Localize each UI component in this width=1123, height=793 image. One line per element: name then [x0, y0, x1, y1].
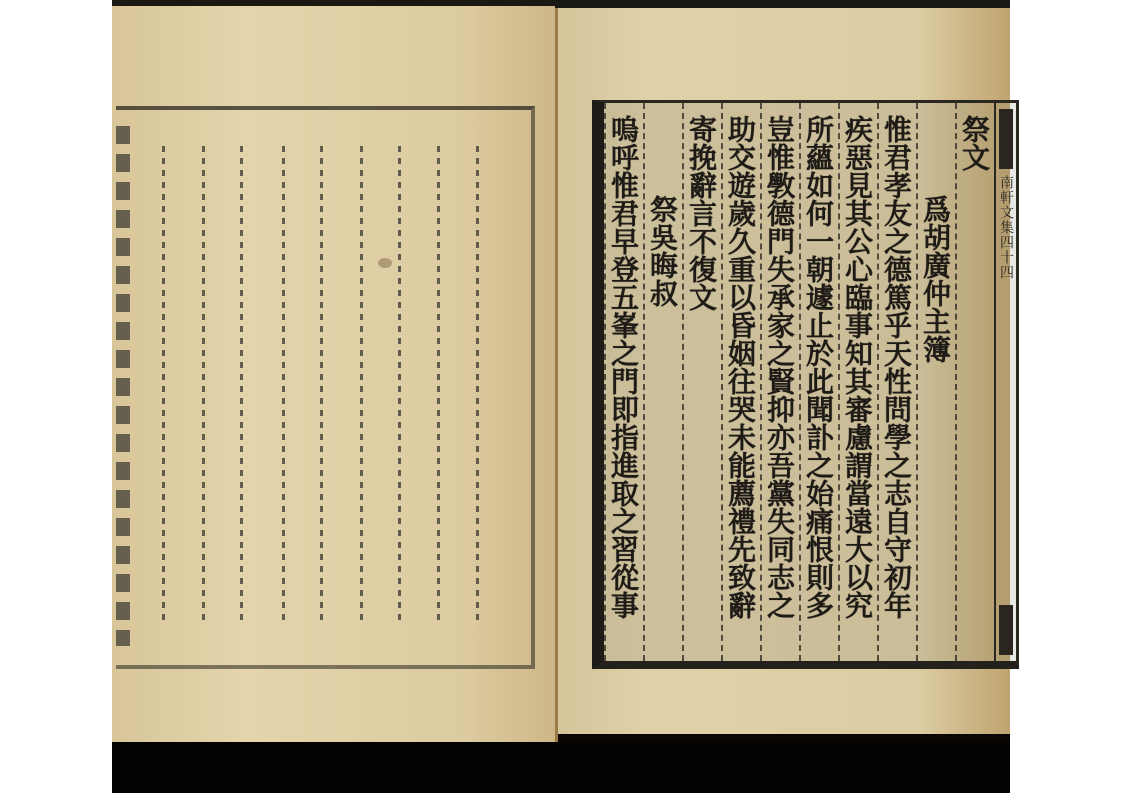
- banxin-center-column: 南軒文集四十四: [994, 103, 1016, 661]
- bleed-column-rule: [240, 146, 243, 626]
- bleed-column-rule: [437, 146, 440, 626]
- section-title: 祭文: [955, 103, 994, 661]
- bleed-column-rule: [476, 146, 479, 626]
- left-page-bleed-edge: [116, 126, 130, 646]
- subtitle-column: 祭吳晦叔: [643, 103, 682, 661]
- black-fishtail-mark: [999, 605, 1013, 655]
- bleed-column-rule: [282, 146, 285, 626]
- bleed-column-rule: [360, 146, 363, 626]
- printed-text-block: 南軒文集四十四 祭文 爲胡廣仲主簿 惟君孝友之德篤乎天性問學之志自守初年 疾惡見…: [592, 100, 1019, 669]
- bleed-column-rule: [162, 146, 165, 626]
- paper-stain: [378, 258, 392, 268]
- right-page: 南軒文集四十四 祭文 爲胡廣仲主簿 惟君孝友之德篤乎天性問學之志自守初年 疾惡見…: [558, 8, 1010, 734]
- book-scan: 南軒文集四十四 祭文 爲胡廣仲主簿 惟君孝友之德篤乎天性問學之志自守初年 疾惡見…: [112, 0, 1010, 793]
- text-column: 助交遊歲久重以昏姻往哭未能薦禮先致辭: [721, 103, 760, 661]
- text-column: 疾惡見其公心臨事知其審慮謂當遠大以究: [838, 103, 877, 661]
- text-column: 寄挽辭言不復文: [682, 103, 721, 661]
- text-columns: 祭文 爲胡廣仲主簿 惟君孝友之德篤乎天性問學之志自守初年 疾惡見其公心臨事知其審…: [604, 103, 994, 661]
- text-column: 嗚呼惟君早登五峯之門即指進取之習從事: [604, 103, 643, 661]
- bleed-column-rule: [320, 146, 323, 626]
- text-column: 豈惟斆德門失承家之賢抑亦吾黨失同志之: [760, 103, 799, 661]
- left-page: [112, 6, 555, 742]
- bleed-column-rule: [202, 146, 205, 626]
- black-fishtail-mark: [999, 109, 1013, 169]
- bleed-column-rule: [398, 146, 401, 626]
- scan-bottom-background: [112, 742, 1010, 793]
- text-column: 惟君孝友之德篤乎天性問學之志自守初年: [877, 103, 916, 661]
- left-page-bleed-frame: [116, 106, 535, 669]
- text-column: 所蘊如何一朝遽止於此聞訃之始痛恨則多: [799, 103, 838, 661]
- banxin-title: 南軒文集四十四: [998, 175, 1014, 280]
- subtitle-column: 爲胡廣仲主簿: [916, 103, 955, 661]
